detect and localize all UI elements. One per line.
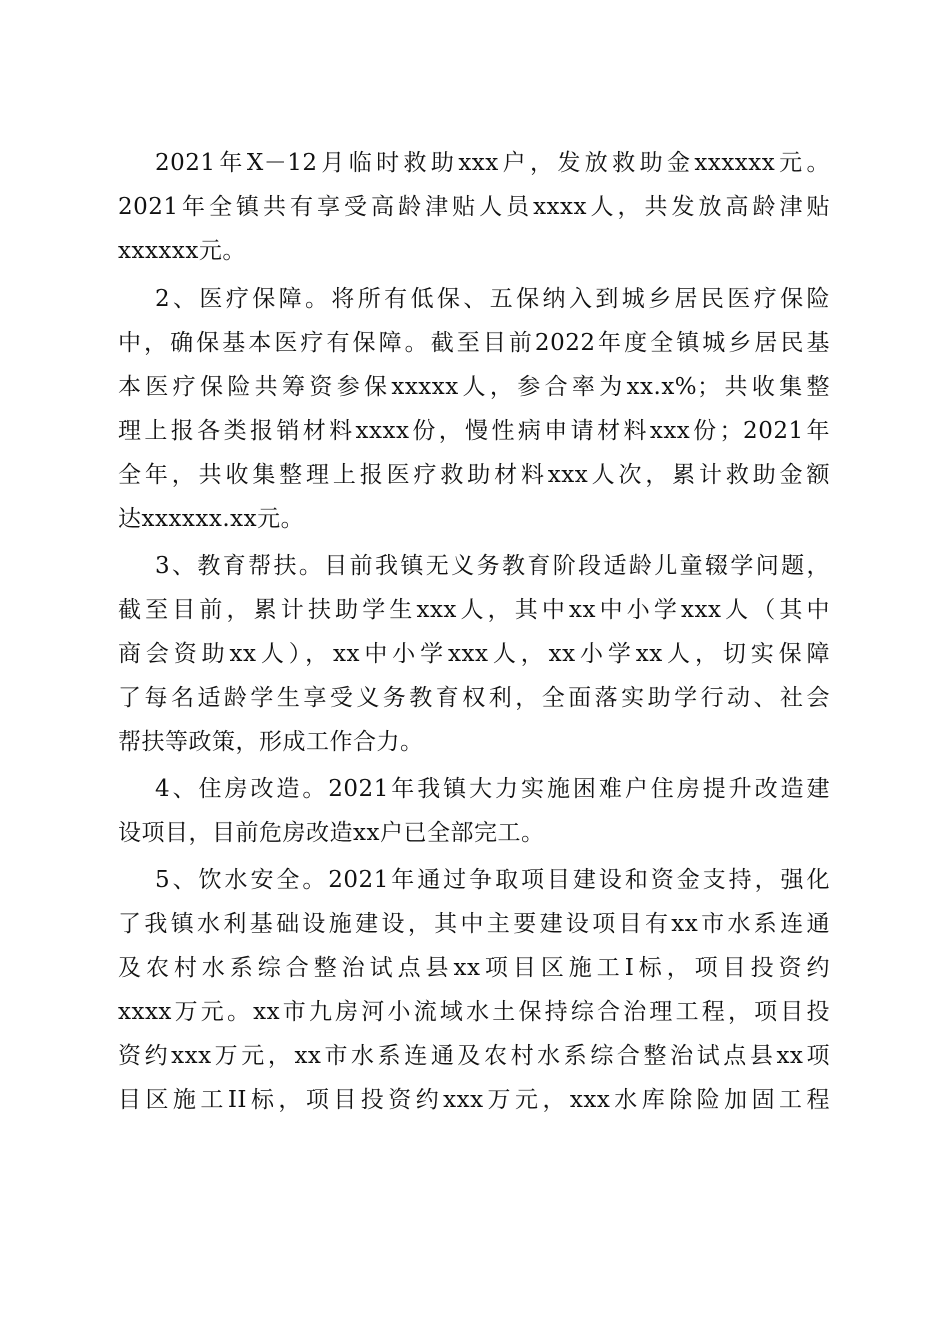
paragraph-relief-line-2: 2021年全镇共有享受高龄津贴人员xxxx人，共发放高龄津贴: [118, 192, 830, 222]
paragraph-water-line-5: 资约xxx万元，xx市水系连通及农村水系综合整治试点县xx项: [118, 1041, 830, 1071]
paragraph-water-line-6: 目区施工II标，项目投资约xxx万元，xxx水库除险加固工程: [118, 1085, 830, 1115]
paragraph-medical-line-3: 本医疗保险共筹资参保xxxxx人，参合率为xx.x%；共收集整: [118, 372, 830, 402]
document-page: 2021年X－12月临时救助xxx户，发放救助金xxxxxx元。 2021年全镇…: [0, 0, 950, 1344]
paragraph-education-line-5: 帮扶等政策，形成工作合力。: [118, 727, 830, 757]
paragraph-water-line-1: 5、饮水安全。2021年通过争取项目建设和资金支持，强化: [155, 865, 830, 895]
paragraph-water-line-4: xxxx万元。xx市九房河小流域水土保持综合治理工程，项目投: [118, 997, 830, 1027]
paragraph-medical-line-4: 理上报各类报销材料xxxx份，慢性病申请材料xxx份；2021年: [118, 416, 830, 446]
paragraph-medical-line-1: 2、医疗保障。将所有低保、五保纳入到城乡居民医疗保险: [155, 284, 830, 314]
paragraph-education-line-1: 3、教育帮扶。目前我镇无义务教育阶段适龄儿童辍学问题，: [155, 551, 830, 581]
paragraph-housing-line-2: 设项目，目前危房改造xx户已全部完工。: [118, 818, 830, 848]
paragraph-medical-line-2: 中，确保基本医疗有保障。截至目前2022年度全镇城乡居民基: [118, 328, 830, 358]
paragraph-relief-line-1: 2021年X－12月临时救助xxx户，发放救助金xxxxxx元。: [155, 148, 830, 178]
paragraph-medical-line-5: 全年，共收集整理上报医疗救助材料xxx人次，累计救助金额: [118, 460, 830, 490]
paragraph-education-line-3: 商会资助xx人），xx中小学xxx人，xx小学xx人，切实保障: [118, 639, 830, 669]
paragraph-education-line-2: 截至目前，累计扶助学生xxx人，其中xx中小学xxx人（其中: [118, 595, 830, 625]
paragraph-medical-line-6: 达xxxxxx.xx元。: [118, 504, 830, 534]
paragraph-water-line-2: 了我镇水利基础设施建设，其中主要建设项目有xx市水系连通: [118, 909, 830, 939]
paragraph-education-line-4: 了每名适龄学生享受义务教育权利，全面落实助学行动、社会: [118, 683, 830, 713]
paragraph-housing-line-1: 4、住房改造。2021年我镇大力实施困难户住房提升改造建: [155, 774, 830, 804]
paragraph-water-line-3: 及农村水系综合整治试点县xx项目区施工Ⅰ标，项目投资约: [118, 953, 830, 983]
paragraph-relief-line-3: xxxxxx元。: [118, 236, 830, 266]
